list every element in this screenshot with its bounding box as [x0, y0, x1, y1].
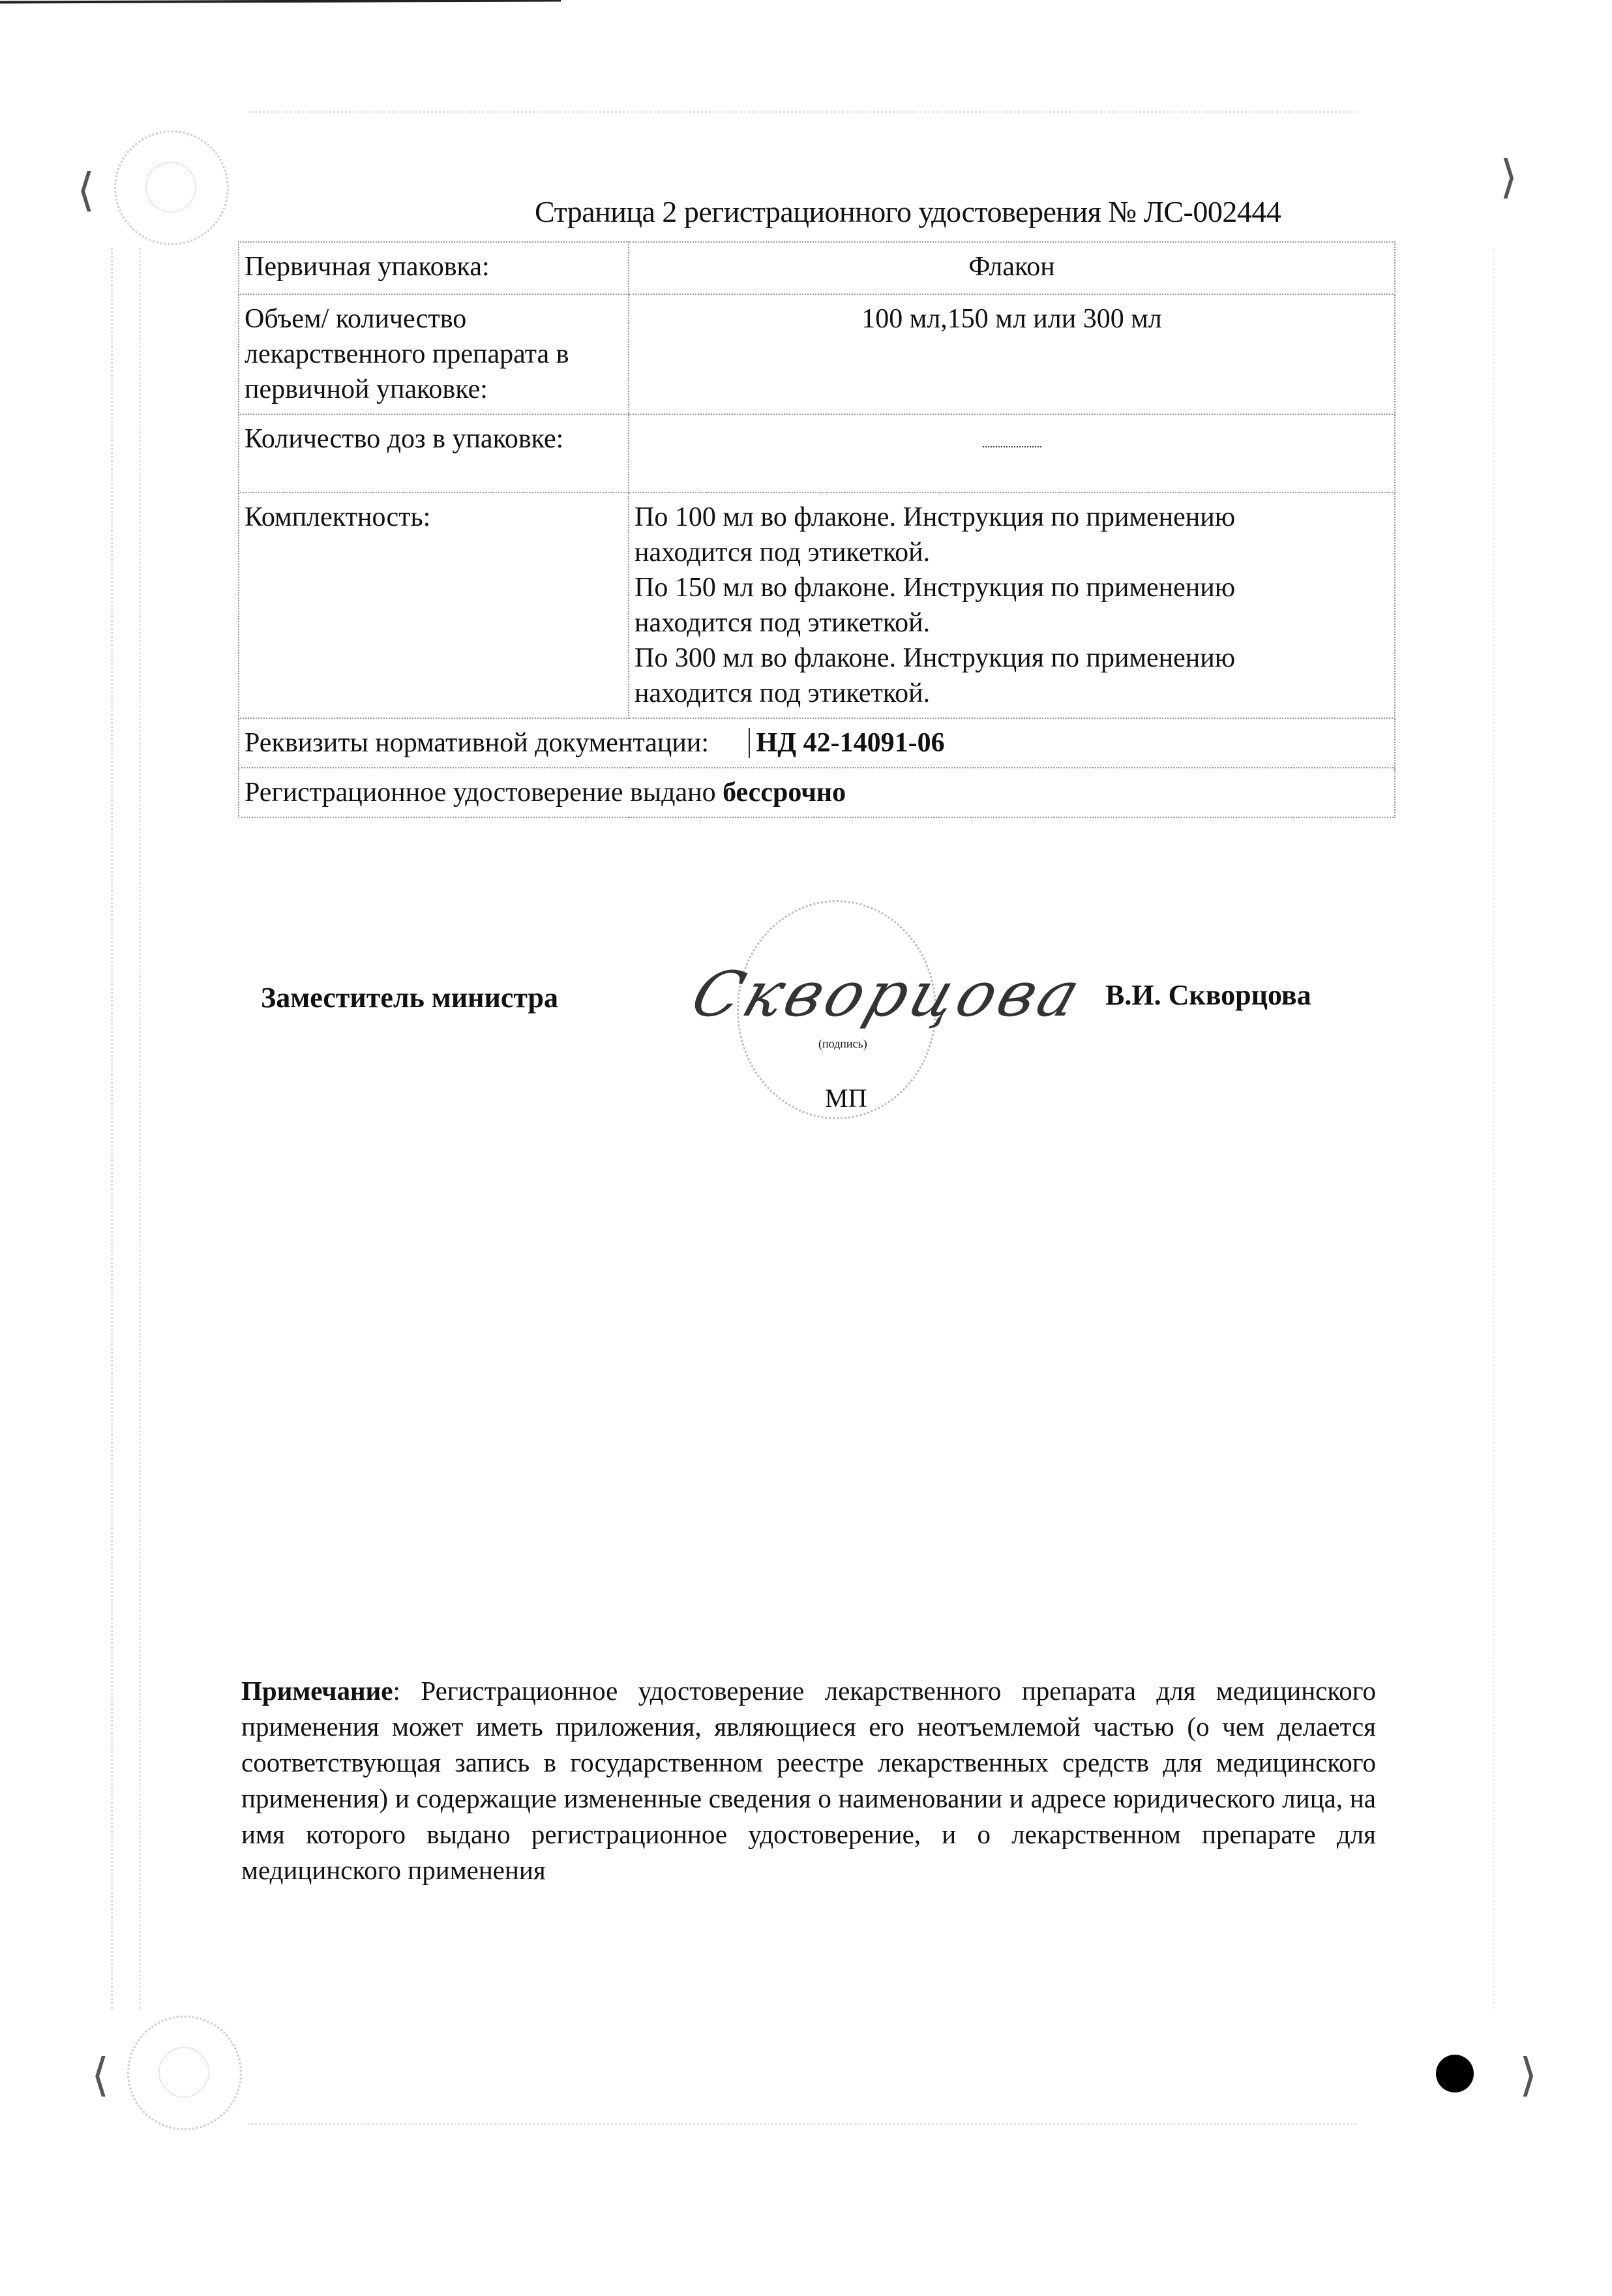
row-value [629, 414, 1395, 492]
validity-text: Регистрационное удостоверение выдано [245, 778, 716, 808]
value-line: По 100 мл во флаконе. Инструкция по прим… [634, 500, 1389, 535]
empty-value-dash [983, 440, 1041, 447]
signer-position: Заместитель министра [261, 981, 558, 1014]
signature-block: Заместитель министра Скворцова (подпись)… [261, 972, 1337, 1168]
normative-value: НД 42-14091-06 [749, 728, 945, 758]
security-border-right [1493, 248, 1514, 2009]
table-row: Количество доз в упаковке: [239, 414, 1395, 492]
value-line: находится под этикеткой. [634, 605, 1389, 641]
value-line: По 300 мл во флаконе. Инструкция по прим… [634, 641, 1389, 676]
table-row: Объем/ количество лекарственного препара… [239, 294, 1395, 414]
corner-bracket-icon: ⟨ [91, 2048, 109, 2102]
table-row-validity: Регистрационное удостоверение выдано бес… [239, 768, 1395, 817]
row-value: Флакон [629, 242, 1395, 294]
note-label: Примечание [241, 1676, 393, 1706]
security-border-top [248, 111, 1356, 119]
normative-label: Реквизиты нормативной документации: [245, 728, 709, 758]
value-line: находится под этикеткой. [634, 676, 1389, 711]
rosette-ornament-bottom-left-icon [127, 2016, 242, 2130]
row-value: По 100 мл во флаконе. Инструкция по прим… [629, 492, 1395, 718]
row-label: Объем/ количество лекарственного препара… [239, 294, 629, 414]
seal-place-label: МП [825, 1083, 867, 1113]
security-border-bottom [248, 2123, 1356, 2132]
signature-caption: (подпись) [818, 1037, 867, 1051]
note-paragraph: Примечание: Регистрационное удостоверени… [241, 1673, 1376, 1888]
validity-value: бессрочно [723, 778, 846, 808]
rosette-ornament-top-left-icon [114, 130, 229, 245]
handwritten-signature: Скворцова [683, 959, 1092, 1031]
corner-bracket-icon: ⟨ [77, 163, 95, 217]
scan-edge-line [0, 0, 561, 4]
row-value: 100 мл,150 мл или 300 мл [629, 294, 1395, 414]
table-row: Первичная упаковка: Флакон [239, 242, 1395, 294]
row-label: Первичная упаковка: [239, 242, 629, 294]
note-text: : Регистрационное удостоверение лекарств… [241, 1676, 1376, 1885]
signer-name: В.И. Скворцова [1105, 978, 1311, 1012]
corner-bracket-icon: ⟩ [1500, 150, 1517, 204]
row-label: Комплектность: [239, 492, 629, 718]
black-dot-mark-icon [1436, 2055, 1474, 2092]
page-title: Страница 2 регистрационного удостоверени… [535, 194, 1281, 229]
table-row-normative: Реквизиты нормативной документации: НД 4… [239, 718, 1395, 768]
corner-bracket-icon: ⟩ [1519, 2048, 1537, 2102]
security-border-left [111, 248, 141, 2009]
value-line: По 150 мл во флаконе. Инструкция по прим… [634, 570, 1389, 605]
row-label: Количество доз в упаковке: [239, 414, 629, 492]
table-row: Комплектность: По 100 мл во флаконе. Инс… [239, 492, 1395, 718]
value-line: находится под этикеткой. [634, 535, 1389, 570]
registration-table: Первичная упаковка: Флакон Объем/ количе… [238, 241, 1396, 818]
